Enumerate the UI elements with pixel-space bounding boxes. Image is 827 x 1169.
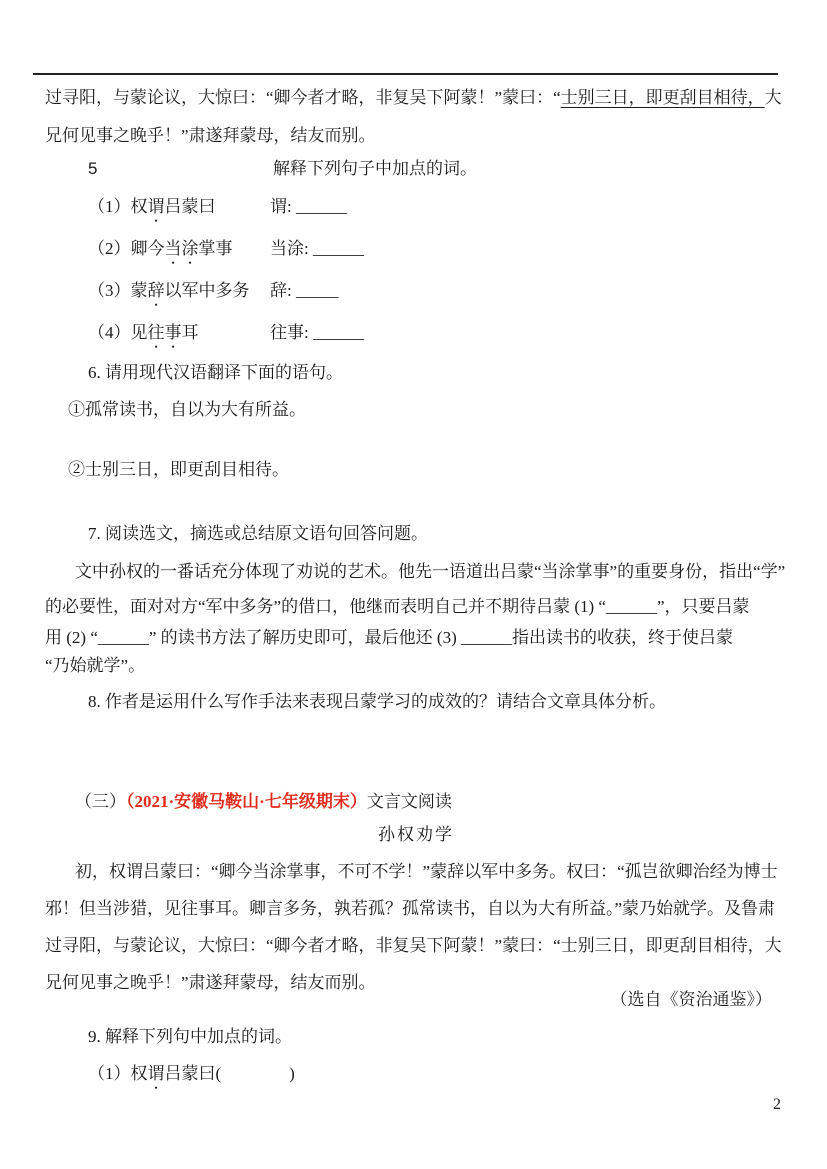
header-rule (33, 73, 778, 75)
intro-line-1: 过寻阳，与蒙论议，大惊曰：“卿今者才略，非复吴下阿蒙！”蒙曰：“士别三日，即更刮… (45, 84, 787, 112)
phrase-pre: 权 (131, 1064, 148, 1083)
dotted-term: 谓 (148, 197, 165, 216)
q8-number: 8. (88, 692, 101, 711)
item-label: （4） (88, 323, 131, 342)
item-answer-blank: 当涂: ______ (270, 239, 364, 258)
q7-para-text-2: 的必要性，面对对方“军中多务”的借口，他继而表明自己并不期待吕蒙 (1) “__… (45, 597, 750, 616)
passage-text-2: 邪！但当涉猎，见往事耳。卿言多务，孰若孤？孤常读书，自以为大有所益。”蒙乃始就学… (45, 899, 775, 918)
passage-source-text: （选自《资治通鉴》） (611, 990, 773, 1009)
item-answer-blank: 谓: ______ (270, 197, 347, 216)
section3-suffix: 文言文阅读 (367, 792, 452, 811)
q6-prompt: 请用现代汉语翻译下面的语句。 (105, 363, 343, 382)
page-number: 2 (773, 1093, 781, 1117)
passage-title: 孙权劝学 (45, 821, 787, 849)
phrase-post: 掌事 (199, 239, 233, 258)
document-page: 过寻阳，与蒙论议，大惊曰：“卿今者才略，非复吴下阿蒙！”蒙曰：“士别三日，即更刮… (0, 0, 827, 1169)
q7-para-line-3: 用 (2) “______” 的读书方法了解历史即可，最后他还 (3) ____… (45, 624, 787, 652)
q6-item-2: ②士别三日，即更刮目相待。 (45, 456, 787, 484)
phrase-pre: 蒙 (131, 281, 148, 300)
phrase-post: 耳 (182, 323, 199, 342)
q7-number: 7. (88, 524, 101, 543)
q5-item-2: （2）卿今当涂掌事当涂: ______ (45, 235, 787, 263)
q5-number: 5 (88, 155, 273, 183)
item-label: （2） (88, 239, 131, 258)
q5-prompt: 解释下列句子中加点的词。 (273, 159, 477, 178)
dotted-term: 谓 (148, 1064, 165, 1083)
q7-para-text-1: 文中孙权的一番话充分体现了劝说的艺术。他先一语道出吕蒙“当涂掌事”的重要身份，指… (75, 562, 785, 581)
item-answer-blank: 辞: _____ (270, 281, 338, 300)
q9-number: 9. (88, 1027, 101, 1046)
passage-line-1: 初，权谓吕蒙曰：“卿今当涂掌事，不可不学！”蒙辞以军中多务。权曰：“孤岂欲卿治经… (45, 858, 787, 886)
passage-source: （选自《资治通鉴》） (45, 986, 772, 1014)
intro-line-2: 兄何见事之晚乎！”肃遂拜蒙母，结友而别。 (45, 122, 787, 150)
exam-source-tag: （2021·安徽马鞍山·七年级期末） (126, 792, 367, 811)
answer-parens-blank: ( ) (216, 1064, 295, 1083)
intro-text-2: 兄何见事之晚乎！”肃遂拜蒙母，结友而别。 (45, 126, 376, 145)
q5-item-3: （3）蒙辞以军中多务辞: _____ (45, 277, 787, 305)
q8-prompt: 作者是运用什么写作手法来表现吕蒙学习的成效的？请结合文章具体分析。 (105, 692, 666, 711)
passage-line-2: 邪！但当涉猎，见往事耳。卿言多务，孰若孤？孤常读书，自以为大有所益。”蒙乃始就学… (45, 895, 787, 923)
dotted-term: 当涂 (165, 239, 199, 258)
q5-item-4: （4）见往事耳往事: ______ (45, 319, 787, 347)
phrase-pre: 卿今 (131, 239, 165, 258)
passage-text-3: 过寻阳，与蒙论议，大惊曰：“卿今者才略，非复吴下阿蒙！”蒙曰：“士别三日，即更刮… (45, 936, 782, 955)
phrase-pre: 权 (131, 197, 148, 216)
q5-row: 5解释下列句子中加点的词。 (45, 155, 787, 183)
item-label: （1） (88, 197, 131, 216)
q7-para-line-2: 的必要性，面对对方“军中多务”的借口，他继而表明自己并不期待吕蒙 (1) “__… (45, 593, 787, 621)
passage-line-3: 过寻阳，与蒙论议，大惊曰：“卿今者才略，非复吴下阿蒙！”蒙曰：“士别三日，即更刮… (45, 932, 787, 960)
phrase-pre: 见 (131, 323, 148, 342)
section3-heading: （三）（2021·安徽马鞍山·七年级期末）文言文阅读 (45, 788, 787, 816)
q7-row: 7. 阅读选文，摘选或总结原文语句回答问题。 (45, 520, 787, 548)
q7-para-line-4: “乃始就学”。 (45, 652, 787, 680)
q7-para-line-1: 文中孙权的一番话充分体现了劝说的艺术。他先一语道出吕蒙“当涂掌事”的重要身份，指… (45, 558, 787, 586)
q6-sentence-1: ①孤常读书，自以为大有所益。 (68, 400, 306, 419)
q6-sentence-2: ②士别三日，即更刮目相待。 (68, 460, 289, 479)
q9-prompt: 解释下列句中加点的词。 (105, 1027, 292, 1046)
item-phrase: （1）权谓吕蒙曰 (88, 193, 270, 226)
passage-text-1: 初，权谓吕蒙曰：“卿今当涂掌事，不可不学！”蒙辞以军中多务。权曰：“孤岂欲卿治经… (75, 862, 778, 881)
q7-para-text-4: “乃始就学”。 (45, 656, 145, 675)
item-label: （3） (88, 281, 131, 300)
intro-text-post: 大 (765, 88, 782, 107)
q9-item-1: （1）权谓吕蒙曰( ) (45, 1060, 787, 1088)
q8-row: 8. 作者是运用什么写作手法来表现吕蒙学习的成效的？请结合文章具体分析。 (45, 688, 787, 716)
q7-prompt: 阅读选文，摘选或总结原文语句回答问题。 (105, 524, 428, 543)
section3-label: （三） (75, 792, 126, 811)
q7-para-text-3: 用 (2) “______” 的读书方法了解历史即可，最后他还 (3) ____… (45, 628, 733, 647)
q6-row: 6. 请用现代汉语翻译下面的语句。 (45, 359, 787, 387)
item-answer-blank: 往事: ______ (270, 323, 364, 342)
item-phrase: （3）蒙辞以军中多务 (88, 277, 270, 310)
underlined-quote: 士别三日，即更刮目相待， (561, 88, 765, 107)
dotted-term: 往事 (148, 323, 182, 342)
item-phrase: （4）见往事耳 (88, 319, 270, 352)
phrase-post: 吕蒙曰 (165, 1064, 216, 1083)
dotted-term: 辞 (148, 281, 165, 300)
q6-item-1: ①孤常读书，自以为大有所益。 (45, 396, 787, 424)
phrase-post: 以军中多务 (165, 281, 250, 300)
item-label: （1） (88, 1064, 131, 1083)
passage-title-text: 孙权劝学 (378, 825, 454, 844)
q9-row: 9. 解释下列句中加点的词。 (45, 1023, 787, 1051)
phrase-post: 吕蒙曰 (165, 197, 216, 216)
item-phrase: （2）卿今当涂掌事 (88, 235, 270, 268)
intro-text-pre: 过寻阳，与蒙论议，大惊曰：“卿今者才略，非复吴下阿蒙！”蒙曰：“ (45, 88, 561, 107)
q5-item-1: （1）权谓吕蒙曰谓: ______ (45, 193, 787, 221)
q6-number: 6. (88, 363, 101, 382)
